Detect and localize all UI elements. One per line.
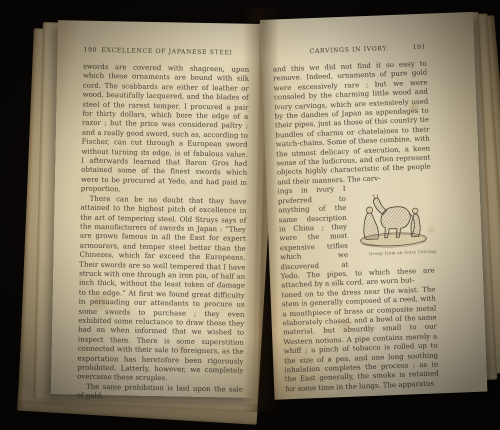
left-page: 190 EXCELLENCE OF JAPANESE STEEL. swords… bbox=[51, 20, 260, 398]
page-text: There can be no doubt that they have att… bbox=[77, 194, 247, 385]
page-text: toned on to the dress near the waist. Th… bbox=[281, 285, 439, 394]
page-text: and this we did not find it so easy to r… bbox=[273, 60, 432, 188]
text-wrap-zone: Group from an Ivory Carving. ings in ivo… bbox=[277, 182, 435, 291]
photo-of-open-book: 190 EXCELLENCE OF JAPANESE STEEL. swords… bbox=[0, 0, 500, 430]
left-page-body: swords are covered with shagreen, upon w… bbox=[77, 63, 249, 405]
right-page-body: and this we did not find it so easy to r… bbox=[273, 60, 440, 395]
ivory-carving-engraving bbox=[351, 184, 433, 251]
page-number-left: 190 bbox=[83, 47, 101, 54]
right-page-header: CARVINGS IN IVORY. 191 bbox=[272, 44, 426, 57]
page-number-right: 191 bbox=[408, 44, 426, 52]
page-text: The same prohibition is laid upon the sa… bbox=[77, 382, 243, 404]
header-spacer bbox=[272, 54, 290, 55]
ivory-carving-illustration: Group from an Ivory Carving. bbox=[351, 184, 434, 261]
right-page: CARVINGS IN IVORY. 191 and this we did n… bbox=[260, 12, 487, 400]
running-head-left: EXCELLENCE OF JAPANESE STEEL. bbox=[101, 47, 231, 56]
running-head-right: CARVINGS IN IVORY. bbox=[290, 44, 408, 56]
left-page-header: 190 EXCELLENCE OF JAPANESE STEEL. bbox=[83, 47, 249, 57]
page-text: swords are covered with shagreen, upon w… bbox=[81, 63, 249, 198]
